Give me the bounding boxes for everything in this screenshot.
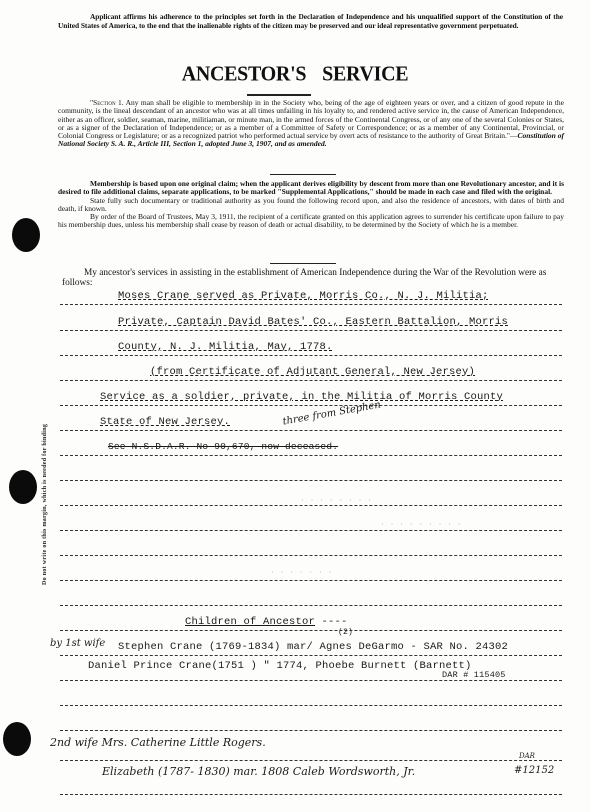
form-line — [60, 505, 562, 506]
service-line-3: County, N. J. Militia, May, 1778. — [118, 341, 333, 353]
bleed-through-marks: · · · · · · · — [270, 568, 332, 577]
membership-note: Membership is based upon one original cl… — [58, 180, 564, 197]
section-divider — [270, 174, 336, 175]
bleed-through-marks: · · · · · · · · · — [380, 520, 462, 529]
form-line — [60, 304, 562, 305]
form-line — [60, 555, 562, 556]
form-line — [60, 330, 562, 331]
form-line — [60, 630, 562, 631]
binding-hole-bottom — [3, 722, 31, 756]
form-line — [60, 380, 562, 381]
child-line-elizabeth-dar-number: #12152 — [514, 765, 554, 776]
form-line — [60, 455, 562, 456]
service-line-5: Service as a soldier, private, in the Mi… — [100, 391, 503, 403]
form-line — [60, 705, 562, 706]
children-heading: Children of Ancestor ---- — [185, 616, 348, 628]
form-line — [60, 760, 562, 761]
form-line — [60, 605, 562, 606]
form-line — [60, 580, 562, 581]
child-line-daniel-dar: DAR # 115405 — [442, 670, 506, 680]
page-title: ANCESTOR'SSERVICE — [0, 62, 590, 87]
form-line — [60, 680, 562, 681]
membership-notes: Membership is based upon one original cl… — [58, 180, 564, 230]
form-line — [60, 530, 562, 531]
service-line-1: Moses Crane served as Private, Morris Co… — [118, 290, 489, 302]
second-wife-note: 2nd wife Mrs. Catherine Little Rogers. — [50, 736, 266, 749]
section-1-paragraph: "Section 1. Any man shall be eligible to… — [58, 99, 564, 149]
notes-divider — [270, 263, 336, 264]
affirmation-paragraph: Applicant affirms his adherence to the p… — [58, 13, 563, 30]
child-line-stephen: Stephen Crane (1769-1834) mar/ Agnes DeG… — [118, 641, 508, 653]
child-line-stephen-marriage-number: (2) — [338, 628, 353, 637]
form-line — [60, 355, 562, 356]
form-line — [60, 430, 562, 431]
service-line-4: (from Certificate of Adjutant General, N… — [150, 366, 475, 378]
binding-hole-middle — [9, 470, 37, 504]
first-wife-note: by 1st wife — [50, 638, 105, 649]
child-line-daniel: Daniel Prince Crane(1751 ) " 1774, Phoeb… — [88, 660, 472, 672]
binding-margin-note: Do not write on this margin, which is ne… — [42, 424, 48, 585]
state-fully-note: State fully such documentary or traditio… — [58, 197, 564, 214]
child-line-elizabeth-dar-label: DAR — [519, 752, 535, 760]
handwritten-three-from-note: three from Stephen — [282, 399, 382, 427]
service-line-6: State of New Jersey. — [100, 416, 230, 428]
child-line-elizabeth: Elizabeth (1787- 1830) mar. 1808 Caleb W… — [102, 765, 415, 778]
bleed-through-marks: · · · · · · · · — [300, 496, 372, 505]
trustees-order-note: By order of the Board of Trustees, May 3… — [58, 213, 564, 230]
form-line — [60, 405, 562, 406]
title-divider — [247, 94, 311, 96]
form-line — [60, 655, 562, 656]
service-line-2: Private, Captain David Bates' Co., Easte… — [118, 316, 508, 328]
form-line — [60, 480, 562, 481]
struck-out-line: See N.S.D.A.R. No 90,670, now deceased. — [108, 441, 338, 452]
form-line — [60, 730, 562, 731]
services-intro: My ancestor's services in assisting in t… — [62, 268, 564, 288]
binding-hole-top — [12, 218, 40, 252]
form-line — [60, 794, 562, 795]
